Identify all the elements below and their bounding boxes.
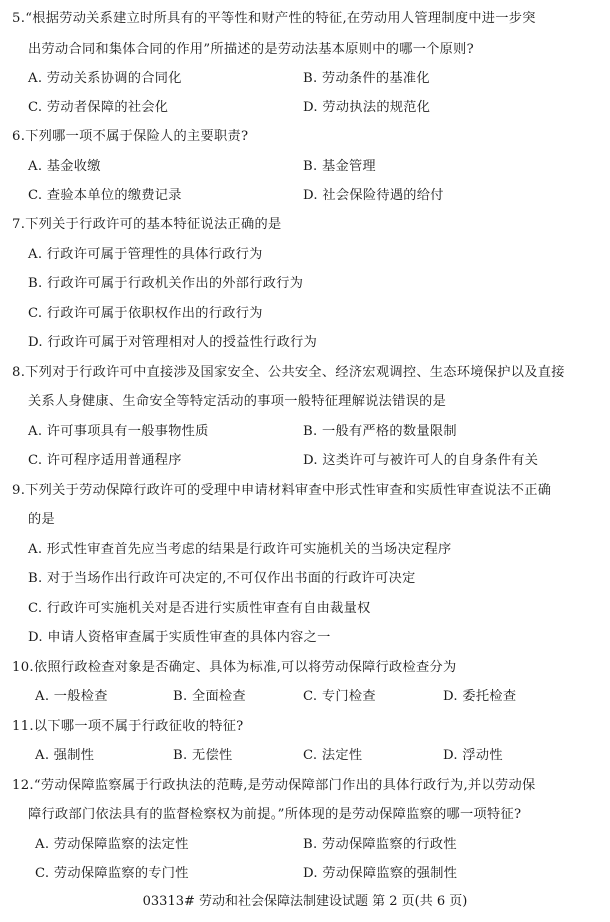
exam-page: 5.“根据劳动关系建立时所具有的平等性和财产性的特征,在劳动用人管理制度中进一步…: [0, 0, 610, 922]
question-11-option-a: A. 强制性: [35, 747, 94, 765]
question-11-option-d: D. 浮动性: [443, 747, 503, 765]
question-9-option-b: B. 对于当场作出行政许可决定的,不可仅作出书面的行政许可决定: [28, 570, 416, 588]
question-8-option-d: D. 这类许可与被许可人的自身条件有关: [303, 452, 538, 470]
question-7-option-d: D. 行政许可属于对管理相对人的授益性行政行为: [28, 334, 317, 352]
question-5-stem-line-1: 5.“根据劳动关系建立时所具有的平等性和财产性的特征,在劳动用人管理制度中进一步…: [12, 10, 536, 28]
question-12-option-d: D. 劳动保障监察的强制性: [303, 865, 457, 883]
question-10-option-c: C. 专门检查: [303, 688, 376, 706]
question-10-option-d: D. 委托检查: [443, 688, 516, 706]
question-8-option-b: B. 一般有严格的数量限制: [303, 423, 457, 441]
question-9-stem-line-1: 9.下列关于劳动保障行政许可的受理中申请材料审查中形式性审查和实质性审查说法不正…: [12, 482, 551, 500]
question-6-option-d: D. 社会保险待遇的给付: [303, 187, 444, 205]
question-7-option-a: A. 行政许可属于管理性的具体行政行为: [28, 246, 263, 264]
question-6-stem: 6.下列哪一项不属于保险人的主要职责?: [12, 128, 248, 146]
question-12-stem-line-1: 12.“劳动保障监察属于行政执法的范畴,是劳动保障部门作出的具体行政行为,并以劳…: [12, 777, 535, 795]
question-12-option-c: C. 劳动保障监察的专门性: [35, 865, 189, 883]
question-9-option-d: D. 申请人资格审查属于实质性审查的具体内容之一: [28, 629, 331, 647]
question-5-option-c: C. 劳动者保障的社会化: [28, 99, 168, 117]
question-6-option-c: C. 查验本单位的缴费记录: [28, 187, 182, 205]
question-5-option-b: B. 劳动条件的基准化: [303, 70, 430, 88]
question-10-option-a: A. 一般检查: [35, 688, 108, 706]
question-8-option-c: C. 许可程序适用普通程序: [28, 452, 182, 470]
question-5-option-d: D. 劳动执法的规范化: [303, 99, 430, 117]
question-9-option-c: C. 行政许可实施机关对是否进行实质性审查有自由裁量权: [28, 600, 371, 618]
question-12-stem-line-2: 障行政部门依法具有的监督检察权为前提。”所体现的是劳动保障监察的哪一项特征?: [28, 806, 521, 824]
question-11-stem: 11.以下哪一项不属于行政征收的特征?: [12, 718, 244, 736]
question-8-option-a: A. 许可事项具有一般事物性质: [28, 423, 209, 441]
question-6-option-a: A. 基金收缴: [28, 158, 101, 176]
question-5-stem-line-2: 出劳动合同和集体合同的作用”所描述的是劳动法基本原则中的哪一个原则?: [28, 41, 474, 59]
question-6-option-b: B. 基金管理: [303, 158, 376, 176]
question-9-stem-line-2: 的是: [28, 511, 55, 529]
page-footer: 03313# 劳动和社会保障法制建设试题 第 2 页(共 6 页): [0, 893, 610, 911]
question-10-option-b: B. 全面检查: [173, 688, 246, 706]
question-12-option-b: B. 劳动保障监察的行政性: [303, 836, 457, 854]
question-7-option-b: B. 行政许可属于行政机关作出的外部行政行为: [28, 275, 303, 293]
question-8-stem-line-1: 8.下列对于行政许可中直接涉及国家安全、公共安全、经济宏观调控、生态环境保护以及…: [12, 364, 565, 382]
question-5-option-a: A. 劳动关系协调的合同化: [28, 70, 182, 88]
question-11-option-c: C. 法定性: [303, 747, 362, 765]
question-8-stem-line-2: 关系人身健康、生命安全等特定活动的事项一般特征理解说法错误的是: [28, 393, 446, 411]
question-7-stem: 7.下列关于行政许可的基本特征说法正确的是: [12, 216, 281, 234]
question-12-option-a: A. 劳动保障监察的法定性: [35, 836, 189, 854]
question-7-option-c: C. 行政许可属于依职权作出的行政行为: [28, 305, 263, 323]
question-9-option-a: A. 形式性审查首先应当考虑的结果是行政许可实施机关的当场决定程序: [28, 541, 451, 559]
question-11-option-b: B. 无偿性: [173, 747, 232, 765]
question-10-stem: 10.依照行政检查对象是否确定、具体为标准,可以将劳动保障行政检查分为: [12, 659, 456, 677]
